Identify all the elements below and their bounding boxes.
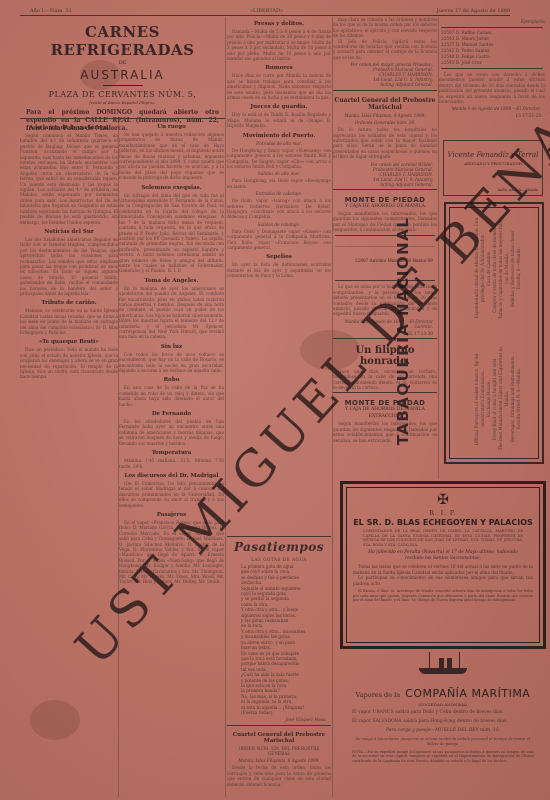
- article-movimiento-puerto: Movimiento del Puerto. Entradas de alto …: [227, 133, 331, 251]
- ad-line: Escolta, 8.—Manila.: [516, 206, 522, 331]
- order-signature: Por orden del mayor general Wheaton.Preb…: [337, 62, 433, 87]
- notice-body: Los que se crean con derecho á dichos do…: [439, 72, 545, 104]
- article: Sepelios En ayer la lista de defunciones…: [227, 254, 331, 278]
- divider: [333, 338, 437, 339]
- article-body: De Iloilo, vapor «Isarog» con abacá á lo…: [227, 198, 331, 220]
- ad-lines: Official Purveyors of sealed tobacco. By…: [474, 206, 536, 461]
- passenger-note: Se ruega á los señores pasajeros se sirv…: [340, 737, 546, 747]
- monte-subtitle: Y CAJA DE AHORROS DE MANILA: [333, 407, 437, 412]
- signature-line: Acting Adjutant General.: [337, 82, 433, 87]
- issue-number: Año I.—Núm. 51: [30, 8, 72, 14]
- monte-body: Según manifiestan los interesados, los q…: [333, 211, 437, 233]
- deceased-titles: Comendador de la Real Orden de Isabel la…: [363, 529, 523, 547]
- article-title: Sepelios: [227, 254, 331, 260]
- resguardo-table: 22697 Antonio Mabilao 50 Buena 99: [335, 235, 435, 281]
- sailing-1: El vapor URANUS saldrá para Iloilo y Ceb…: [340, 710, 546, 716]
- honrado-body: Hace unos días, encontró un cochero, tom…: [333, 369, 437, 391]
- ad-near: frente al Banco Español Filipino.: [20, 100, 225, 105]
- monte-subtitle-2: EXTRACCIÓN: [333, 414, 437, 419]
- article-body: El Jefe de Policía vigilará todos los ve…: [333, 39, 437, 61]
- article-body: En ayer la lista de defunciones ocurrida…: [227, 262, 331, 278]
- article-body: De Hongkong y Emoy vapor «Yuensang» con …: [227, 148, 331, 170]
- column-4: muy claro se conocía á las órdenes y nom…: [333, 17, 437, 479]
- article-body: muy claro se conocía á las órdenes y nom…: [333, 17, 437, 39]
- divider: [227, 725, 331, 726]
- poem-title: LAS GOTAS DE AGUA: [227, 557, 331, 562]
- article: Temperatura Máxima 1'45 mañana, 31'5. Mí…: [119, 450, 224, 469]
- company-name: COMPAÑÍA MARÍTIMA: [405, 687, 530, 700]
- ad-de: DE: [20, 60, 225, 66]
- article-body: Con todos los focos de arco voltaico se …: [119, 352, 224, 374]
- column-3: Presas y delitos. Ramada.—Multa de 5 á 8…: [227, 17, 331, 797]
- newspaper-page: Año I.—Núm. 51 «LIBERTAD» Jueves 17 de A…: [0, 0, 550, 800]
- article: Pasajeros En el vapor «Francisco Reyes» …: [119, 512, 224, 585]
- newspaper-title: «LIBERTAD»: [250, 8, 283, 14]
- table-rows: 22597 D. Rufino Caraos22543 D. Mauro Jav…: [441, 30, 543, 66]
- ad-title: CARNES REFRIGERADAS: [20, 23, 225, 59]
- poem-body: La primera gota de aguaque cayó sobre la…: [227, 564, 331, 715]
- table-rule: [335, 246, 435, 247]
- ad-compania-maritima: Vapores de la COMPAÑÍA MARÍTIMA (SOCIEDA…: [340, 654, 546, 796]
- article-subtitle: Entradas de alto mar.: [227, 141, 331, 146]
- article-title: Un ruego: [119, 124, 224, 130]
- monte-code: 2-22 17-23-30: [337, 331, 433, 336]
- article-title: Temperatura: [119, 450, 224, 456]
- ad-lines-english: Official Purveyors of sealed tobacco. By…: [474, 337, 536, 462]
- table-label: Ejemplares: [439, 19, 545, 24]
- article-body: Mañana, se celebrarán en la Santa Iglesi…: [20, 308, 118, 335]
- monte-after: Lo que se avisa por si hubiera sido extr…: [333, 284, 437, 316]
- article-title: Rumores: [227, 65, 331, 71]
- notice-signature: Manila 9 de Agosto de 1899.—El Director.: [443, 106, 541, 111]
- article-body: Máxima 1'45 mañana, 31'5. Mínima 7'50 ta…: [119, 458, 224, 469]
- card-name: Vicente Fenandiz y Terral: [444, 151, 542, 159]
- company-type: (SOCIEDAD ANÓNIMA): [340, 702, 546, 707]
- obituary-p2: Lo participan su conocimiento de sus num…: [353, 575, 533, 586]
- divider: [333, 189, 437, 190]
- article-title: Los discursos del Dr. Madrigal: [119, 473, 224, 479]
- article-subtitle: Entradas de cabotaje.: [227, 191, 331, 196]
- article-title: Sin luz: [119, 344, 224, 350]
- article-body: Según comunica el Manila Times, un batal…: [20, 133, 118, 225]
- rip-label: R. I. P.: [353, 510, 533, 517]
- table-row: 22543 D. José Cruz: [441, 60, 543, 66]
- pasatiempos-heading: Pasatiempos: [227, 536, 331, 554]
- notice-code: 13 17-21-25: [443, 113, 541, 118]
- article: Los discursos del Dr. Madrigal (De El Co…: [119, 473, 224, 508]
- ad-line: Escolta Street N. S.—Manila.: [516, 337, 522, 462]
- article-title: Toma de Angeles.: [119, 278, 224, 284]
- issue-date: Jueves 17 de Agosto de 1899: [437, 8, 510, 14]
- article-body: (De El Comercio). Un feliz pensamiento h…: [119, 481, 224, 508]
- article-title: Presas y delitos.: [227, 21, 331, 27]
- article: De Fernando En los alrededores del puebl…: [119, 411, 224, 446]
- article-body: Hoy lo está el de Tondo D. Basilio Regal…: [227, 112, 331, 128]
- article: Noticias del Sur Los dos batallones amer…: [20, 229, 118, 296]
- monte-body: Según manifiestan los interesados, los q…: [333, 421, 437, 443]
- cuartel-place: Manila, Islas Filipinas, 9 Agosto 1899.: [333, 113, 437, 118]
- poem-author: José Vázquez Mesa.: [231, 717, 327, 722]
- article: Jueces de guardia. Hoy lo está el de Ton…: [227, 104, 331, 128]
- article-subtitle: Salidas de cabotaje.: [227, 222, 331, 227]
- article-title: A lo largo de la vía férrea.: [20, 125, 118, 131]
- contact-line: Para carga y pasaje—MUELLE DEL REY núm. …: [340, 728, 546, 734]
- article-title: Jueces de guardia.: [227, 104, 331, 110]
- death-notice: Ha fallecido en Peralta (Navarra) el 17 …: [359, 550, 527, 561]
- column-2: Un ruego Se han quejado á nuestra redacc…: [119, 120, 224, 797]
- article-body: Ramada.—Multa de 5 á 8 pesos á 4 de fian…: [227, 29, 331, 61]
- steamship-icon: [415, 654, 471, 676]
- monte-title: MONTE DE PIEDAD: [333, 196, 437, 204]
- obituary-p3: El Excmo. é Ilmo. Sr. Arzobispo de Manil…: [353, 589, 533, 603]
- article-subtitle: Salidas de alto mar.: [227, 171, 331, 176]
- article-title: De Fernando: [119, 411, 224, 417]
- sailing-2: El vapor SALVADORA saldrá para Hong-kong…: [340, 719, 546, 725]
- monte-subtitle: Y CAJA DE AHORROS DE MANILA: [333, 204, 437, 209]
- article-title: Movimiento del Puerto.: [227, 133, 331, 139]
- ad-carnes-refrigeradas: CARNES REFRIGERADAS DE AUSTRALIA PLAZA D…: [20, 17, 225, 117]
- article-body: Se han quejado á nuestra redacción algun…: [119, 132, 224, 181]
- honrado-title: Un filipino honrado.: [333, 345, 437, 367]
- resguardo-table: 22597 D. Rufino Caraos22543 D. Mauro Jav…: [441, 27, 543, 69]
- column-1: A lo largo de la vía férrea. Según comun…: [20, 121, 118, 797]
- card-address: Anda, núm. 8.—Manila: [498, 188, 538, 192]
- card-title: ABOGADO Y PROCURADOR: [444, 161, 542, 166]
- article-body: Para Hongkong, vía Iloilo vapor «Kwaiyan…: [227, 178, 331, 189]
- monte-signature: Manila 9 de Agosto de 1899.—El Director …: [337, 319, 433, 329]
- cuartel-signature: Por orden del coronel Wilder,Prebostre M…: [337, 162, 433, 187]
- divider: [333, 392, 437, 393]
- table-cell: 99: [427, 258, 432, 263]
- article-title: Tributo de cariño.: [20, 300, 118, 306]
- article-title: Robo: [119, 377, 224, 383]
- cross-emblem-icon: ✠: [353, 492, 533, 508]
- article-title: Pasajeros: [119, 512, 224, 518]
- article: Sin luz Con todos los focos de arco volt…: [119, 344, 224, 374]
- column-5: Ejemplares 22597 D. Rufino Caraos22543 D…: [439, 17, 545, 139]
- article-title: «Te quaeque Bruti»: [20, 339, 118, 345]
- article-body: Los dos batallones americanos llegados e…: [20, 237, 118, 296]
- article: Tributo de cariño. Mañana, se celebrarán…: [20, 300, 118, 335]
- article-body: En una casa de la calle de la Paz se ha …: [119, 385, 224, 407]
- article-body: Para Cebú y Dumaguete vapor «Kaiser» con…: [227, 229, 331, 251]
- column-3-news: Presas y delitos. Ramada.—Multa de 5 á 8…: [227, 17, 331, 532]
- column-rule: [225, 17, 226, 797]
- article-title: Solemnes exequias.: [119, 185, 224, 191]
- article-body: En los alrededores del pueblo de San Fer…: [119, 419, 224, 446]
- cuartel-subtitle: ORDEN NÚM. 129, DEL PREBOSTRE GENERAL: [227, 746, 331, 756]
- article: Un ruego Se han quejado á nuestra redacc…: [119, 124, 224, 181]
- obituary-inner: ✠ R. I. P. EL SR. D. BLAS ECHEGOYEN Y PA…: [346, 487, 540, 643]
- article: Presas y delitos. Ramada.—Multa de 5 á 8…: [227, 21, 331, 61]
- nota: NOTA.—No se expedirá pasaje á Capitanes …: [340, 750, 546, 764]
- deceased-name: EL SR. D. BLAS ECHEGOYEN Y PALACIOS: [353, 518, 533, 527]
- article: A lo largo de la vía férrea. Según comun…: [20, 125, 118, 225]
- article-body: En el vapor «Francisco Reyes» que salió …: [119, 520, 224, 585]
- ad-tabaqueria-nacional: TABAQUERÍA NACIONAL Official Purveyors o…: [444, 202, 544, 464]
- cuartel-body: Desde la fecha de esta orden, todos los …: [227, 765, 331, 787]
- cuartel-title: Cuartel General del Prebostre Marischal: [227, 732, 331, 744]
- divider: [333, 90, 437, 91]
- cuartel-body: En lo futuro todos los hospitales no ing…: [333, 127, 437, 159]
- ornament-divider: [103, 85, 143, 87]
- obituary-notice: ✠ R. I. P. EL SR. D. BLAS ECHEGOYEN Y PA…: [340, 481, 546, 649]
- article-body: En sufragio del alma del que en vida fué…: [119, 193, 224, 274]
- ad-heading: Vapores de la COMPAÑÍA MARÍTIMA: [340, 682, 546, 701]
- article-body: En la mañana de ayer los americanos se a…: [119, 286, 224, 340]
- article: Rumores Hace días se corre por Manila la…: [227, 65, 331, 100]
- article: «Te quaeque Bruti» Dice un periódico: To…: [20, 339, 118, 379]
- cuartel-place: Manila, Islas Filipinas, 8 Agosto 1899.: [227, 758, 331, 763]
- article: Solemnes exequias. En sufragio del alma …: [119, 185, 224, 274]
- cuartel-order: Ordenes Generales núm. 19.: [333, 120, 437, 125]
- ad-address: PLAZA DE CERVANTES NÚM. 5,: [20, 90, 225, 99]
- ad-country: AUSTRALIA: [20, 68, 225, 82]
- article-body: Dice un periódico: Todo el mundo ha vist…: [20, 347, 118, 379]
- card-vicente-fenandiz: Vicente Fenandiz y Terral ABOGADO Y PROC…: [443, 140, 543, 196]
- cuartel-title: Cuartel General del Prebostre Marischal: [333, 97, 437, 111]
- article-body: Hace días se corre por Manila la noticia…: [227, 73, 331, 100]
- signature-line: Acting Adjutant General.: [337, 182, 433, 187]
- obituary-p1: Todas las misas que se celebren el viern…: [353, 564, 533, 575]
- table-cell: Buena: [413, 258, 426, 263]
- table-cell: 22697: [355, 258, 368, 263]
- ad-lines-spanish: Expendeduría oficial de efectos timbrado…: [474, 206, 536, 331]
- masthead: Año I.—Núm. 51 «LIBERTAD» Jueves 17 de A…: [20, 4, 510, 16]
- divider: [20, 118, 225, 119]
- ad-prefix: Vapores de la: [356, 691, 400, 699]
- article-title: Noticias del Sur: [20, 229, 118, 235]
- ad-title: TABAQUERÍA NACIONAL: [394, 206, 412, 456]
- poem-line: (Fuerza todas).: [241, 710, 331, 715]
- article: Robo En una casa de la calle de la Paz s…: [119, 377, 224, 407]
- article: Toma de Angeles. En la mañana de ayer lo…: [119, 278, 224, 340]
